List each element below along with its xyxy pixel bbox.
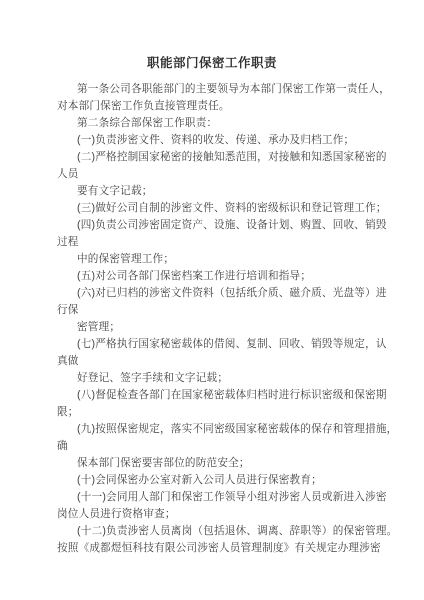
text-line: (一)负责涉密文件、资料的收发、传递、承办及归档工作； <box>57 132 397 149</box>
text-line: (十)会同保密办公室对新入公司人员进行保密教育； <box>57 472 397 489</box>
text-line: (二)严格控制国家秘密的接触知悉范围，对接触和知悉国家秘密的 <box>57 149 397 166</box>
text-line: 中的保密管理工作； <box>57 251 397 268</box>
text-line: 保本部门保密要害部位的防范安全； <box>57 455 397 472</box>
text-line: 密管理； <box>57 319 397 336</box>
text-line: (六)对已归档的涉密文件资料（包括纸介质、磁介质、光盘等）进 <box>57 285 397 302</box>
text-line: 要有文字记载； <box>57 183 397 200</box>
text-line: 真做 <box>57 353 397 370</box>
text-line: 过程 <box>57 234 397 251</box>
text-line: (四)负责公司涉密固定资产、设施、设备计划、购置、回收、销毁 <box>57 217 397 234</box>
text-line: 人员 <box>57 166 397 183</box>
text-line: 确 <box>57 438 397 455</box>
page-title: 职能部门保密工作职责 <box>0 55 424 72</box>
text-line: 对本部门保密工作负直接管理责任。 <box>57 98 397 115</box>
text-line: (七)严格执行国家秘密载体的借阅、复制、回收、销毁等规定，认 <box>57 336 397 353</box>
text-line: 按照《成都煜恒科技有限公司涉密人员管理制度》有关规定办理涉密 <box>57 540 397 557</box>
text-line: 行保 <box>57 302 397 319</box>
text-line: 第一条公司各职能部门的主要领导为本部门保密工作第一责任人， <box>57 81 397 98</box>
text-line: (九)按照保密规定，落实不同密级国家秘密载体的保存和管理措施， <box>57 421 397 438</box>
text-line: (五)对公司各部门保密档案工作进行培训和指导； <box>57 268 397 285</box>
text-line: (八)督促检查各部门在国家秘密载体归档时进行标识密级和保密期 <box>57 387 397 404</box>
document-body: 第一条公司各职能部门的主要领导为本部门保密工作第一责任人，对本部门保密工作负直接… <box>57 81 397 557</box>
text-line: (十二)负责涉密人员离岗（包括退休、调离、辞职等）的保密管理。 <box>57 523 397 540</box>
text-line: (十一)会同用人部门和保密工作领导小组对涉密人员或新进入涉密 <box>57 489 397 506</box>
document-page: 职能部门保密工作职责 第一条公司各职能部门的主要领导为本部门保密工作第一责任人，… <box>0 0 424 600</box>
text-line: (三)做好公司自制的涉密文件、资料的密级标识和登记管理工作； <box>57 200 397 217</box>
text-line: 岗位人员进行资格审查； <box>57 506 397 523</box>
text-line: 好登记、签字手续和文字记载； <box>57 370 397 387</box>
text-line: 第二条综合部保密工作职责： <box>57 115 397 132</box>
text-line: 限； <box>57 404 397 421</box>
